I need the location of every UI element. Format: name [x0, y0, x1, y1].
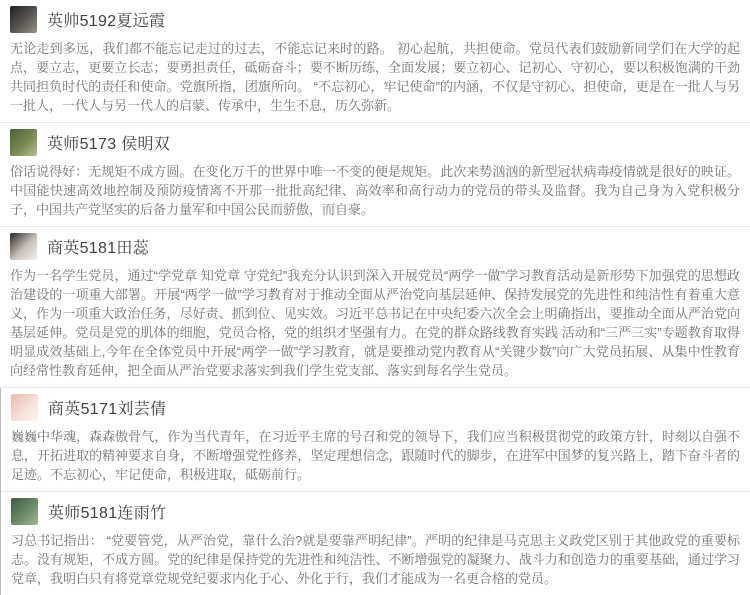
- comment-card: 英师5173 侯明双 俗话说得好：无规矩不成方圆。在变化万千的世界中唯一不变的便…: [0, 123, 750, 227]
- user-avatar[interactable]: [10, 129, 37, 156]
- username[interactable]: 商英5181田蕊: [47, 235, 149, 258]
- comment-header: 商英5171刘芸倩: [11, 394, 740, 421]
- comment-text: 作为一名学生党员，通过“学党章 知党章 守党纪”我充分认识到深入开展党员“两学一…: [10, 266, 740, 380]
- username[interactable]: 商英5171刘芸倩: [48, 396, 166, 419]
- user-avatar[interactable]: [10, 233, 37, 260]
- comment-text: 巍巍中华魂，森森傲骨气，作为当代青年，在习近平主席的号召和党的领导下，我们应当积…: [11, 427, 740, 484]
- user-avatar[interactable]: [11, 498, 38, 525]
- username[interactable]: 英师5181连雨竹: [48, 500, 166, 523]
- username[interactable]: 英帅5192夏远霞: [47, 8, 165, 31]
- user-avatar[interactable]: [11, 394, 38, 421]
- username[interactable]: 英师5173 侯明双: [47, 131, 170, 154]
- comment-header: 英帅5192夏远霞: [10, 6, 740, 33]
- comment-card: 英帅5192夏远霞 无论走到多远，我们都不能忘记走过的过去，不能忘记来时的路。 …: [0, 0, 750, 123]
- comment-header: 商英5181田蕊: [10, 233, 740, 260]
- comment-list: 英帅5192夏远霞 无论走到多远，我们都不能忘记走过的过去，不能忘记来时的路。 …: [0, 0, 750, 595]
- comment-text: 习总书记指出： “党要管党，从严治党，靠什么治?就是要靠严明纪律”。严明的纪律是…: [11, 531, 740, 588]
- comment-header: 英师5181连雨竹: [11, 498, 740, 525]
- comment-card: 商英5181田蕊 作为一名学生党员，通过“学党章 知党章 守党纪”我充分认识到深…: [0, 227, 750, 388]
- comment-card: 商英5171刘芸倩 巍巍中华魂，森森傲骨气，作为当代青年，在习近平主席的号召和党…: [1, 388, 750, 492]
- comment-text: 无论走到多远，我们都不能忘记走过的过去，不能忘记来时的路。 初心起航，共担使命。…: [10, 39, 740, 115]
- comment-header: 英师5173 侯明双: [10, 129, 740, 156]
- comment-card: 英师5181连雨竹 习总书记指出： “党要管党，从严治党，靠什么治?就是要靠严明…: [1, 492, 750, 595]
- comment-text: 俗话说得好：无规矩不成方圆。在变化万千的世界中唯一不变的便是规矩。此次来势汹汹的…: [10, 162, 740, 219]
- user-avatar[interactable]: [10, 6, 37, 33]
- quoted-comments-group: 商英5171刘芸倩 巍巍中华魂，森森傲骨气，作为当代青年，在习近平主席的号召和党…: [0, 388, 750, 595]
